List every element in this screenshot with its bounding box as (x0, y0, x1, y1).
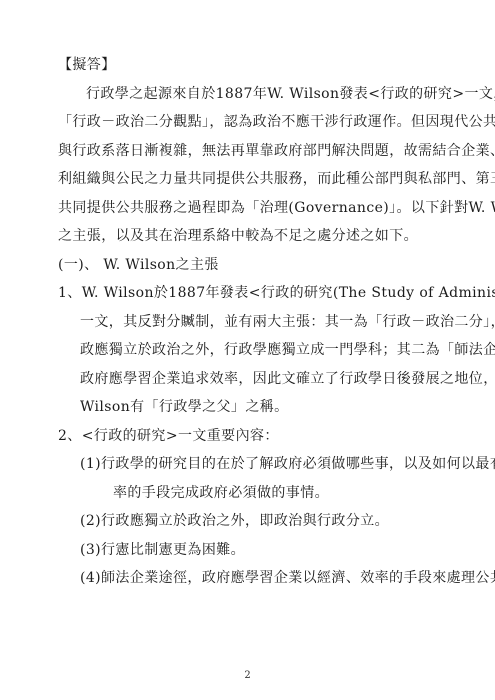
numbered-item-1: 1、W. Wilson於1887年發表<行政的研究(The Study of A… (58, 279, 459, 422)
text-line: 政府應學習企業追求效率，因此文確立了行政學日後發展之地位，故W. (80, 365, 459, 394)
text-line: 1、W. Wilson於1887年發表<行政的研究(The Study of A… (58, 279, 459, 308)
text-line: 率的手段完成政府必須做的事情。 (113, 479, 459, 508)
text-line: (3)行憲比制憲更為困難。 (80, 536, 459, 565)
section-heading: (一)、 W. Wilson之主張 (58, 251, 459, 280)
answer-title: 【擬答】 (58, 51, 459, 80)
intro-paragraph: 行政學之起源來自於1887年W. Wilson發表<行政的研究>一文，並提出 「… (58, 80, 459, 251)
text-line: 「行政－政治二分觀點」，認為政治不應干涉行政運作。但因現代公共問題 (58, 108, 459, 137)
document-page: 【擬答】 行政學之起源來自於1887年W. Wilson發表<行政的研究>一文，… (0, 0, 495, 700)
subitem-3: (3)行憲比制憲更為困難。 (58, 536, 459, 565)
text-line: 之主張，以及其在治理系絡中較為不足之處分述之如下。 (58, 222, 459, 251)
text-line: 一文，其反對分贓制，並有兩大主張：其一為「行政－政治二分」，行 (80, 308, 459, 337)
page-number: 2 (0, 671, 495, 681)
text-line: (2)行政應獨立於政治之外，即政治與行政分立。 (80, 507, 459, 536)
text-line: 政應獨立於政治之外，行政學應獨立成一門學科；其二為「師法企業」： (80, 336, 459, 365)
numbered-item-2: 2、<行政的研究>一文重要內容： (1)行政學的研究目的在於了解政府必須做哪些事… (58, 422, 459, 593)
item-2-heading: 2、<行政的研究>一文重要內容： (58, 422, 459, 451)
subitem-2: (2)行政應獨立於政治之外，即政治與行政分立。 (58, 507, 459, 536)
subitem-1: (1)行政學的研究目的在於了解政府必須做哪些事，以及如何以最有效 率的手段完成政… (58, 450, 459, 507)
text-line: (1)行政學的研究目的在於了解政府必須做哪些事，以及如何以最有效 (80, 450, 459, 479)
text-line: (4)師法企業途徑，政府應學習企業以經濟、效率的手段來處理公共事 (80, 564, 459, 593)
text-line: 利組織與公民之力量共同提供公共服務，而此種公部門與私部門、第三部門 (58, 165, 459, 194)
subitem-4: (4)師法企業途徑，政府應學習企業以經濟、效率的手段來處理公共事 (58, 564, 459, 593)
text-line: Wilson有「行政學之父」之稱。 (80, 393, 459, 422)
text-line: 行政學之起源來自於1887年W. Wilson發表<行政的研究>一文，並提出 (58, 80, 459, 109)
text-line: 共同提供公共服務之過程即為「治理(Governance)」。以下針對W. Wil… (58, 194, 459, 223)
text-line: 與行政系落日漸複雜，無法再單靠政府部門解決問題，故需結合企業、非營 (58, 137, 459, 166)
